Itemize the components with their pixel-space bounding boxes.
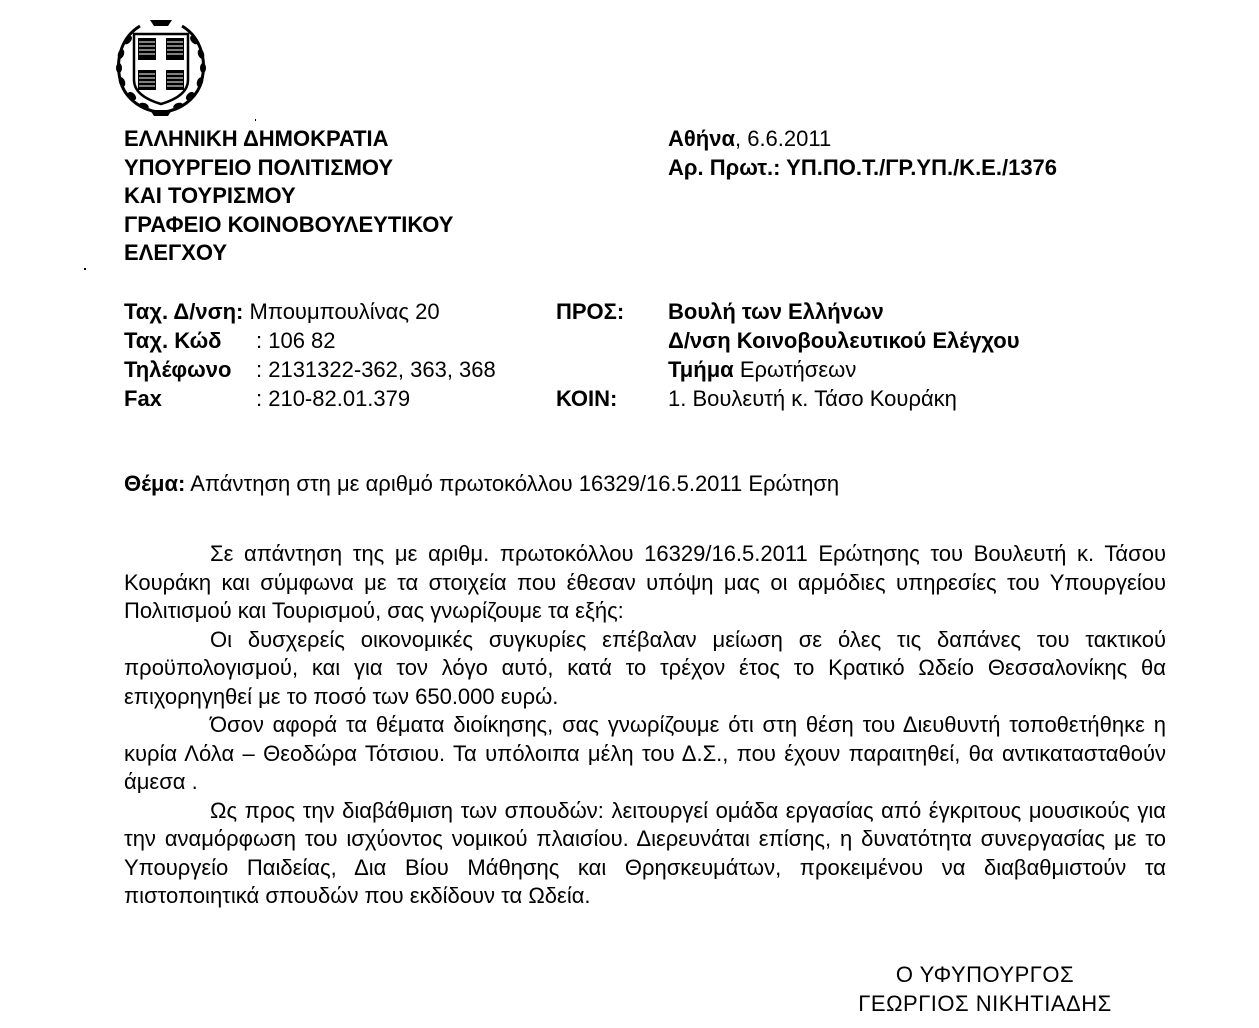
to-label: ΠΡΟΣ: [556, 298, 624, 326]
to-line-1: Βουλή των Ελλήνων [668, 298, 884, 326]
greek-coat-of-arms-icon [110, 18, 212, 118]
cc-line-1: 1. Βουλευτή κ. Τάσο Κουράκη [668, 385, 957, 413]
signatory-name: ΓΕΩΡΓΙΟΣ ΝΙΚΗΤΙΑΔΗΣ [835, 989, 1135, 1018]
to-line-3: Τμήμα Ερωτήσεων [668, 356, 856, 384]
org-line: ΓΡΑΦΕΙΟ ΚΟΙΝΟΒΟΥΛΕΥΤΙΚΟΥ [124, 211, 453, 240]
body-paragraph: Όσον αφορά τα θέματα διοίκησης, σας γνωρ… [124, 711, 1166, 797]
fax-label: Fax [124, 386, 162, 411]
address-label: Ταχ. Δ/νση: [124, 299, 243, 324]
sender-organization: ΕΛΛΗΝΙΚΗ ΔΗΜΟΚΡΑΤΙΑ ΥΠΟΥΡΓΕΙΟ ΠΟΛΙΤΙΣΜΟΥ… [124, 125, 453, 268]
protocol-line: Αρ. Πρωτ.: ΥΠ.ΠΟ.Τ./ΓΡ.ΥΠ./Κ.Ε./1376 [668, 154, 1057, 183]
postcode-row: Ταχ. Κώδ : 106 82 [124, 327, 222, 355]
scan-speck [84, 268, 86, 270]
letter-body: Σε απάντηση της με αριθμ. πρωτοκόλλου 16… [124, 540, 1166, 911]
org-line: ΚΑΙ ΤΟΥΡΙΣΜΟΥ [124, 182, 453, 211]
date-value: , 6.6.2011 [735, 126, 831, 151]
org-line: ΥΠΟΥΡΓΕΙΟ ΠΟΛΙΤΙΣΜΟΥ [124, 154, 453, 183]
subject-label: Θέμα: [124, 471, 185, 496]
date-line: Αθήνα, 6.6.2011 [668, 125, 1057, 154]
body-paragraph: Οι δυσχερείς οικονομικές συγκυρίες επέβα… [124, 626, 1166, 712]
document-meta: Αθήνα, 6.6.2011 Αρ. Πρωτ.: ΥΠ.ΠΟ.Τ./ΓΡ.Υ… [668, 125, 1057, 182]
fax-value: : 210-82.01.379 [256, 385, 410, 413]
to-line-2: Δ/νση Κοινοβουλευτικού Ελέγχου [668, 327, 1020, 355]
protocol-value: ΥΠ.ΠΟ.Τ./ΓΡ.ΥΠ./Κ.Ε./1376 [780, 155, 1057, 180]
phone-row: Τηλέφωνο : 2131322-362, 363, 368 [124, 356, 231, 384]
address-value: Μπουμπουλίνας 20 [243, 299, 439, 324]
org-line: ΕΛΕΓΧΟΥ [124, 239, 453, 268]
org-line: ΕΛΛΗΝΙΚΗ ΔΗΜΟΚΡΑΤΙΑ [124, 125, 453, 154]
body-paragraph: Σε απάντηση της με αριθμ. πρωτοκόλλου 16… [124, 540, 1166, 626]
subject-text: Απάντηση στη με αριθμό πρωτοκόλλου 16329… [185, 471, 839, 496]
scan-speck [255, 119, 256, 121]
department-value: Ερωτήσεων [734, 357, 857, 382]
body-paragraph: Ως προς την διαβάθμιση των σπουδών: λειτ… [124, 797, 1166, 911]
cc-label: ΚΟΙΝ: [556, 385, 617, 413]
address-row: Ταχ. Δ/νση: Μπουμπουλίνας 20 [124, 298, 440, 326]
protocol-label: Αρ. Πρωτ.: [668, 155, 780, 180]
signature-block: Ο ΥΦΥΠΟΥΡΓΟΣ ΓΕΩΡΓΙΟΣ ΝΙΚΗΤΙΑΔΗΣ [835, 960, 1135, 1018]
phone-value: : 2131322-362, 363, 368 [256, 356, 496, 384]
signatory-title: Ο ΥΦΥΠΟΥΡΓΟΣ [835, 960, 1135, 989]
phone-label: Τηλέφωνο [124, 357, 231, 382]
place-label: Αθήνα [668, 126, 735, 151]
fax-row: Fax : 210-82.01.379 [124, 385, 162, 413]
subject-line: Θέμα: Απάντηση στη με αριθμό πρωτοκόλλου… [124, 471, 839, 497]
department-label: Τμήμα [668, 357, 734, 382]
postcode-value: : 106 82 [256, 327, 336, 355]
postcode-label: Ταχ. Κώδ [124, 328, 222, 353]
